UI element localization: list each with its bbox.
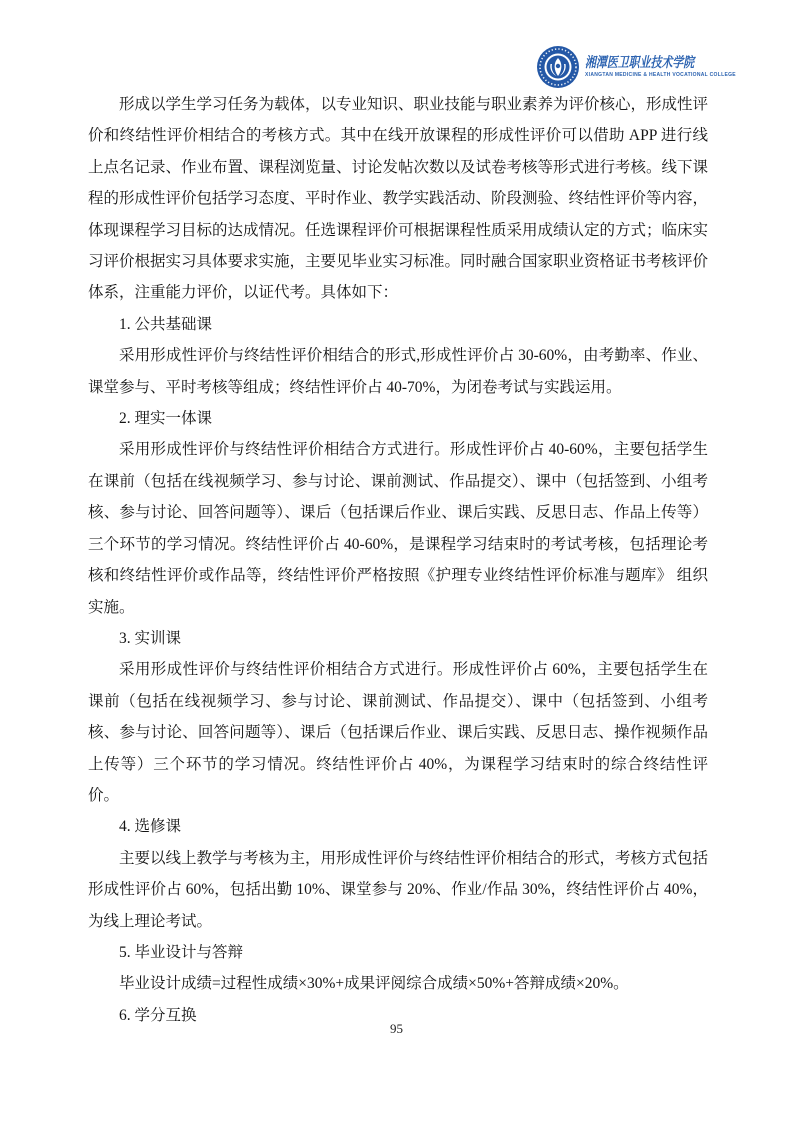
page-number: 95 (0, 1021, 793, 1037)
college-name-zh: 湘潭医卫职业技术学院 (585, 56, 703, 72)
section-heading-2: 2. 理实一体课 (88, 403, 708, 434)
section-heading-3: 3. 实训课 (88, 623, 708, 654)
college-name-en: XIANGTAN MEDICINE & HEALTH VOCATIONAL CO… (585, 72, 736, 79)
paragraph-section-3: 采用形成性评价与终结性评价相结合方式进行。形成性评价占 60%，主要包括学生在课… (88, 654, 708, 811)
document-body: 形成以学生学习任务为载体，以专业知识、职业技能与职业素养为评价核心，形成性评价和… (88, 89, 708, 1031)
college-logo: 湘潭医卫职业技术学院 XIANGTAN MEDICINE & HEALTH VO… (536, 45, 736, 89)
paragraph-intro: 形成以学生学习任务为载体，以专业知识、职业技能与职业素养为评价核心，形成性评价和… (88, 89, 708, 309)
paragraph-section-4: 主要以线上教学与考核为主，用形成性评价与终结性评价相结合的形式，考核方式包括形成… (88, 843, 708, 937)
paragraph-section-1: 采用形成性评价与终结性评价相结合的形式,形成性评价占 30-60%，由考勤率、作… (88, 340, 708, 403)
paragraph-section-5: 毕业设计成绩=过程性成绩×30%+成果评阅综合成绩×50%+答辩成绩×20%。 (88, 968, 708, 999)
paragraph-section-2: 采用形成性评价与终结性评价相结合方式进行。形成性评价占 40-60%，主要包括学… (88, 434, 708, 622)
document-page: 湘潭医卫职业技术学院 XIANGTAN MEDICINE & HEALTH VO… (0, 0, 793, 1122)
section-heading-5: 5. 毕业设计与答辩 (88, 937, 708, 968)
section-heading-1: 1. 公共基础课 (88, 309, 708, 340)
college-emblem-icon (536, 45, 580, 89)
section-heading-4: 4. 选修课 (88, 811, 708, 842)
